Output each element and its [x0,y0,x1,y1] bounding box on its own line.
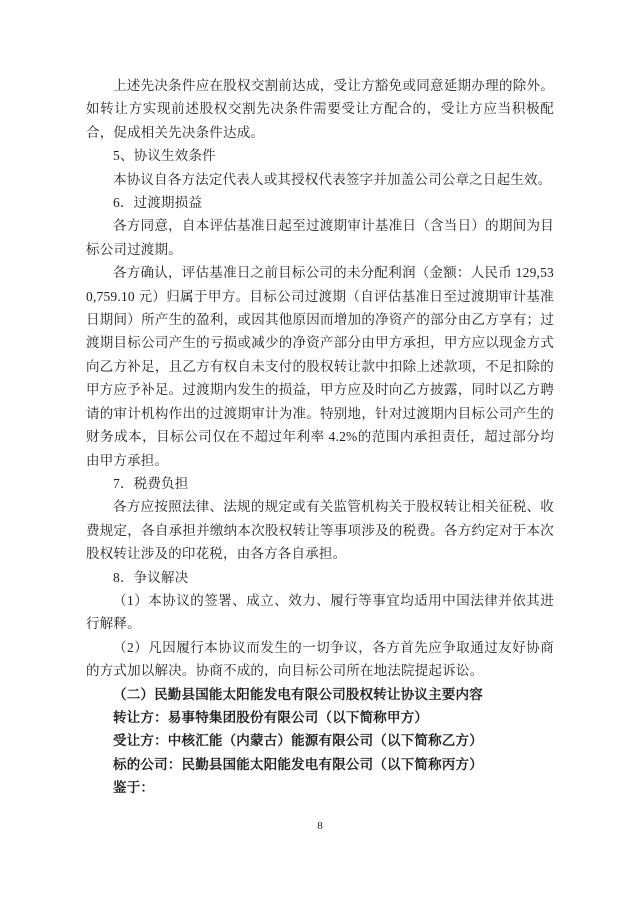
section-heading: 7．税费负担 [86,472,554,495]
bold-paragraph: 受让方：中核汇能（内蒙古）能源有限公司（以下简称乙方） [86,729,554,752]
section-heading: 8．争议解决 [86,566,554,589]
bold-paragraph: 转让方：易事特集团股份有限公司（以下简称甲方） [86,706,554,729]
bold-paragraph: 鉴于： [86,776,554,799]
body-paragraph: 本协议自各方法定代表人或其授权代表签字并加盖公司公章之日起生效。 [86,168,554,191]
page-number: 8 [0,819,640,833]
body-paragraph: 上述先决条件应在股权交割前达成，受让方豁免或同意延期办理的除外。如转让方实现前述… [86,74,554,144]
section-heading: 5、协议生效条件 [86,144,554,167]
bold-paragraph: （二）民勤县国能太阳能发电有限公司股权转让协议主要内容 [86,683,554,706]
body-paragraph: 各方应按照法律、法规的规定或有关监管机构关于股权转让相关征税、收费规定，各自承担… [86,495,554,565]
section-heading: 6．过渡期损益 [86,191,554,214]
body-paragraph: （1）本协议的签署、成立、效力、履行等事宜均适用中国法律并依其进行解释。 [86,589,554,636]
document-body: 上述先决条件应在股权交割前达成，受让方豁免或同意延期办理的除外。如转让方实现前述… [86,74,554,800]
body-paragraph: （2）凡因履行本协议而发生的一切争议，各方首先应争取通过友好协商的方式加以解决。… [86,636,554,683]
bold-paragraph: 标的公司：民勤县国能太阳能发电有限公司（以下简称丙方） [86,753,554,776]
body-paragraph: 各方确认，评估基准日之前目标公司的未分配利润（金额：人民币 129,530,75… [86,261,554,472]
document-page: 上述先决条件应在股权交割前达成，受让方豁免或同意延期办理的除外。如转让方实现前述… [0,0,640,905]
body-paragraph: 各方同意，自本评估基准日起至过渡期审计基准日（含当日）的期间为目标公司过渡期。 [86,214,554,261]
